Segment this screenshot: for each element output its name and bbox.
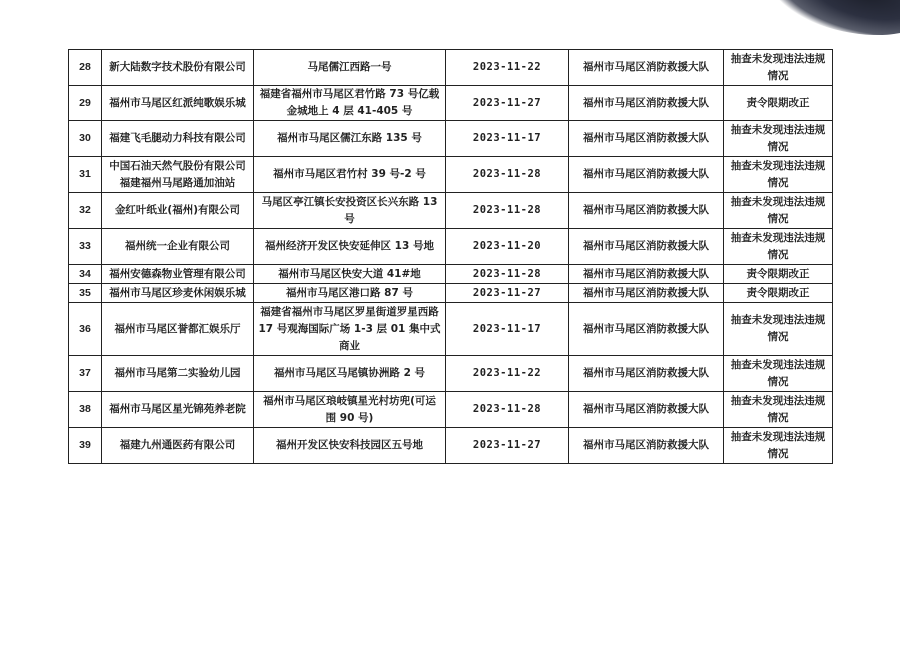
table-row: 36 福州市马尾区誉都汇娱乐厅 福建省福州市马尾区罗星街道罗星西路 17 号观海… [69,303,833,356]
table-row: 35 福州市马尾区珍麦休闲娱乐城 福州市马尾区港口路 87 号 2023-11-… [69,284,833,303]
inspection-date: 2023-11-22 [446,50,569,86]
address: 福州经济开发区快安延伸区 13 号地 [254,229,446,265]
table-row: 30 福建飞毛腿动力科技有限公司 福州市马尾区儒江东路 135 号 2023-1… [69,121,833,157]
table-row: 32 金红叶纸业(福州)有限公司 马尾区亭江镇长安投资区长兴东路 13 号 20… [69,193,833,229]
row-number: 34 [69,265,102,284]
inspecting-agency: 福州市马尾区消防救援大队 [569,121,724,157]
company-name: 福州统一企业有限公司 [102,229,254,265]
table-row: 38 福州市马尾区星光锦苑养老院 福州市马尾区琅岐镇星光村坊兜(可运围 90 号… [69,392,833,428]
table-row: 28 新大陆数字技术股份有限公司 马尾儒江西路一号 2023-11-22 福州市… [69,50,833,86]
company-name: 福州市马尾区珍麦休闲娱乐城 [102,284,254,303]
address: 福州市马尾区琅岐镇星光村坊兜(可运围 90 号) [254,392,446,428]
address: 福州市马尾区港口路 87 号 [254,284,446,303]
inspection-result: 抽查未发现违法违规情况 [724,193,833,229]
inspection-date: 2023-11-17 [446,121,569,157]
row-number: 32 [69,193,102,229]
inspection-date: 2023-11-27 [446,428,569,464]
inspecting-agency: 福州市马尾区消防救援大队 [569,193,724,229]
inspection-date: 2023-11-27 [446,284,569,303]
inspection-result: 责令限期改正 [724,265,833,284]
table-row: 31 中国石油天然气股份有限公司福建福州马尾路通加油站 福州市马尾区君竹村 39… [69,157,833,193]
row-number: 31 [69,157,102,193]
row-number: 28 [69,50,102,86]
scanner-shadow [764,0,900,48]
address: 福建省福州市马尾区君竹路 73 号亿载金城地上 4 层 41-405 号 [254,86,446,121]
company-name: 中国石油天然气股份有限公司福建福州马尾路通加油站 [102,157,254,193]
inspection-result: 抽查未发现违法违规情况 [724,428,833,464]
company-name: 福州市马尾区星光锦苑养老院 [102,392,254,428]
address: 福州市马尾区君竹村 39 号-2 号 [254,157,446,193]
inspection-date: 2023-11-28 [446,265,569,284]
address: 马尾儒江西路一号 [254,50,446,86]
address: 马尾区亭江镇长安投资区长兴东路 13 号 [254,193,446,229]
inspecting-agency: 福州市马尾区消防救援大队 [569,284,724,303]
row-number: 38 [69,392,102,428]
inspecting-agency: 福州市马尾区消防救援大队 [569,392,724,428]
inspecting-agency: 福州市马尾区消防救援大队 [569,265,724,284]
inspection-result: 抽查未发现违法违规情况 [724,392,833,428]
inspection-date: 2023-11-28 [446,157,569,193]
address: 福州开发区快安科技园区五号地 [254,428,446,464]
address: 福州市马尾区马尾镇协洲路 2 号 [254,356,446,392]
inspection-result: 抽查未发现违法违规情况 [724,356,833,392]
inspection-result: 抽查未发现违法违规情况 [724,229,833,265]
company-name: 福州市马尾区红派纯歌娱乐城 [102,86,254,121]
row-number: 30 [69,121,102,157]
address: 福州市马尾区儒江东路 135 号 [254,121,446,157]
inspection-result: 抽查未发现违法违规情况 [724,50,833,86]
row-number: 29 [69,86,102,121]
inspection-result: 抽查未发现违法违规情况 [724,121,833,157]
row-number: 36 [69,303,102,356]
company-name: 福州安德森物业管理有限公司 [102,265,254,284]
inspection-result: 抽查未发现违法违规情况 [724,303,833,356]
table-row: 29 福州市马尾区红派纯歌娱乐城 福建省福州市马尾区君竹路 73 号亿载金城地上… [69,86,833,121]
inspection-date: 2023-11-27 [446,86,569,121]
inspecting-agency: 福州市马尾区消防救援大队 [569,229,724,265]
row-number: 33 [69,229,102,265]
inspection-date: 2023-11-28 [446,392,569,428]
company-name: 金红叶纸业(福州)有限公司 [102,193,254,229]
inspection-result: 抽查未发现违法违规情况 [724,157,833,193]
inspection-date: 2023-11-20 [446,229,569,265]
row-number: 39 [69,428,102,464]
inspection-date: 2023-11-17 [446,303,569,356]
company-name: 新大陆数字技术股份有限公司 [102,50,254,86]
company-name: 福建飞毛腿动力科技有限公司 [102,121,254,157]
address: 福州市马尾区快安大道 41#地 [254,265,446,284]
table-row: 37 福州市马尾第二实验幼儿园 福州市马尾区马尾镇协洲路 2 号 2023-11… [69,356,833,392]
inspection-result: 责令限期改正 [724,284,833,303]
inspecting-agency: 福州市马尾区消防救援大队 [569,157,724,193]
inspection-date: 2023-11-22 [446,356,569,392]
inspection-result: 责令限期改正 [724,86,833,121]
row-number: 35 [69,284,102,303]
address: 福建省福州市马尾区罗星街道罗星西路 17 号观海国际广场 1-3 层 01 集中… [254,303,446,356]
row-number: 37 [69,356,102,392]
company-name: 福建九州通医药有限公司 [102,428,254,464]
inspecting-agency: 福州市马尾区消防救援大队 [569,303,724,356]
table-row: 33 福州统一企业有限公司 福州经济开发区快安延伸区 13 号地 2023-11… [69,229,833,265]
inspection-table: 28 新大陆数字技术股份有限公司 马尾儒江西路一号 2023-11-22 福州市… [68,49,833,464]
inspecting-agency: 福州市马尾区消防救援大队 [569,86,724,121]
company-name: 福州市马尾第二实验幼儿园 [102,356,254,392]
table-row: 34 福州安德森物业管理有限公司 福州市马尾区快安大道 41#地 2023-11… [69,265,833,284]
inspection-date: 2023-11-28 [446,193,569,229]
inspecting-agency: 福州市马尾区消防救援大队 [569,50,724,86]
table-row: 39 福建九州通医药有限公司 福州开发区快安科技园区五号地 2023-11-27… [69,428,833,464]
inspecting-agency: 福州市马尾区消防救援大队 [569,428,724,464]
inspecting-agency: 福州市马尾区消防救援大队 [569,356,724,392]
company-name: 福州市马尾区誉都汇娱乐厅 [102,303,254,356]
